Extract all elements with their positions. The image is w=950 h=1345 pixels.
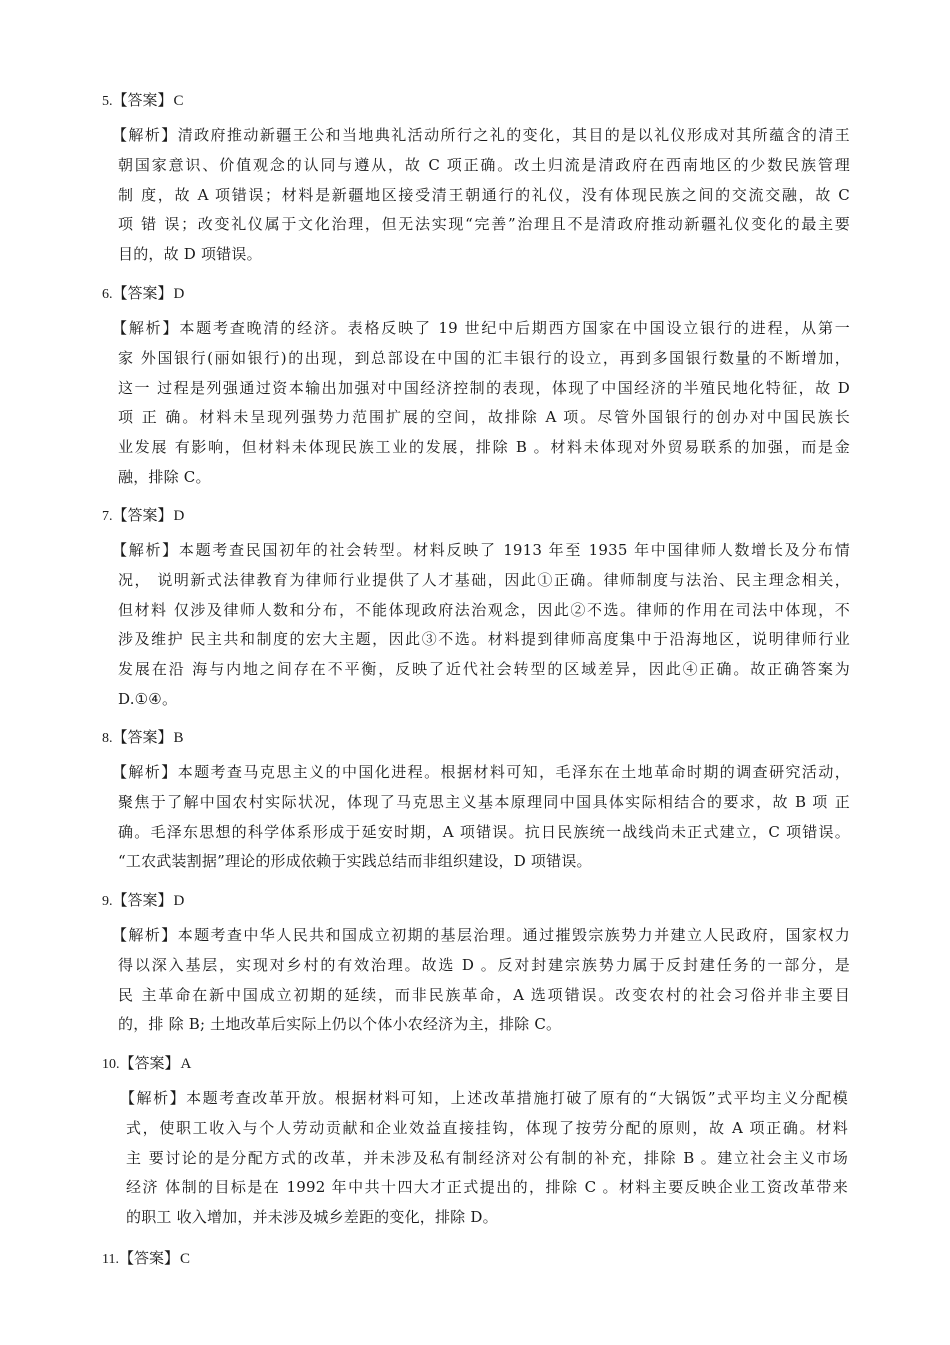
- answer-heading: 6.【答案】D: [102, 283, 852, 303]
- analysis-paragraph: 【解析】本题考查马克思主义的中国化进程。根据材料可知，毛泽东在土地革命时期的调查…: [102, 758, 850, 877]
- answer-value: D: [174, 508, 185, 524]
- question-number: 10.: [102, 1057, 120, 1072]
- answer-heading: 9.【答案】D: [102, 890, 852, 910]
- answer-item-10: 10.【答案】A 【解析】本题考查改革开放。根据材料可知，上述改革措施打破了原有…: [102, 1053, 852, 1233]
- answer-value: C: [174, 93, 184, 109]
- document-page: 5.【答案】C 【解析】清政府推动新疆王公和当地典礼活动所行之礼的变化，其目的是…: [0, 0, 950, 1345]
- analysis-paragraph: 【解析】本题考查民国初年的社会转型。材料反映了 1913 年至 1935 年中国…: [102, 536, 850, 715]
- answer-item-8: 8.【答案】B 【解析】本题考查马克思主义的中国化进程。根据材料可知，毛泽东在土…: [102, 727, 852, 877]
- analysis-line: 家 外国银行(丽如银行)的出现，到总部设在中国的汇丰银行的设立，再到多国银行数量…: [118, 344, 850, 374]
- answer-heading: 10.【答案】A: [102, 1053, 852, 1073]
- analysis-line: 【解析】本题考查改革开放。根据材料可知，上述改革措施打破了原有的“大锅饭”式平均…: [120, 1084, 848, 1114]
- question-number: 9.: [102, 894, 113, 909]
- analysis-line: 的职工 收入增加，并未涉及城乡差距的变化，排除 D。: [126, 1203, 848, 1233]
- answer-value: B: [174, 730, 184, 746]
- analysis-line: 【解析】本题考查民国初年的社会转型。材料反映了 1913 年至 1935 年中国…: [112, 536, 850, 566]
- answer-label: 【答案】: [113, 891, 173, 909]
- analysis-line: 这一 过程是列强通过资本输出加强对中国经济控制的表现，体现了中国经济的半殖民地化…: [118, 374, 850, 404]
- analysis-line: 主 要讨论的是分配方式的改革，并未涉及私有制经济对公有制的补充，排除 B 。建立…: [126, 1144, 848, 1174]
- analysis-line: 得以深入基层，实现对乡村的有效治理。故选 D 。反对封建宗族势力属于反封建任务的…: [118, 951, 850, 981]
- analysis-line: 涉及维护 民主共和制度的宏大主题，因此③不选。材料提到律师高度集中于沿海地区，说…: [118, 625, 850, 655]
- question-number: 6.: [102, 287, 113, 302]
- analysis-line: 目的，故 D 项错误。: [118, 240, 850, 270]
- answer-value: C: [180, 1251, 190, 1267]
- answer-item-7: 7.【答案】D 【解析】本题考查民国初年的社会转型。材料反映了 1913 年至 …: [102, 505, 852, 715]
- answer-value: A: [181, 1056, 192, 1072]
- answer-label: 【答案】: [113, 284, 173, 302]
- analysis-paragraph: 【解析】本题考查中华人民共和国成立初期的基层治理。通过摧毁宗族势力并建立人民政府…: [102, 921, 850, 1040]
- analysis-line: 确。毛泽东思想的科学体系形成于延安时期，A 项错误。抗日民族统一战线尚未正式建立…: [118, 818, 850, 848]
- answer-label: 【答案】: [119, 1249, 179, 1267]
- analysis-line: 项 错 误；改变礼仪属于文化治理，但无法实现“完善”治理且不是清政府推动新疆礼仪…: [118, 210, 850, 240]
- answer-label: 【答案】: [113, 91, 173, 109]
- analysis-line: 况， 说明新式法律教育为律师行业提供了人才基础，因此①正确。律师制度与法治、民主…: [118, 566, 850, 596]
- answer-value: D: [174, 286, 185, 302]
- analysis-paragraph: 【解析】清政府推动新疆王公和当地典礼活动所行之礼的变化，其目的是以礼仪形成对其所…: [102, 121, 850, 270]
- question-number: 7.: [102, 509, 113, 524]
- answer-heading: 8.【答案】B: [102, 727, 852, 747]
- answer-item-5: 5.【答案】C 【解析】清政府推动新疆王公和当地典礼活动所行之礼的变化，其目的是…: [102, 90, 852, 270]
- analysis-line: 但材料 仅涉及律师人数和分布，不能体现政府法治观念，因此②不选。律师的作用在司法…: [118, 596, 850, 626]
- answer-value: D: [174, 893, 185, 909]
- analysis-paragraph: 【解析】本题考查改革开放。根据材料可知，上述改革措施打破了原有的“大锅饭”式平均…: [102, 1084, 848, 1233]
- answer-heading: 7.【答案】D: [102, 505, 852, 525]
- analysis-line: 的，排 除 B; 土地改革后实际上仍以个体小农经济为主，排除 C。: [118, 1010, 850, 1040]
- answer-item-9: 9.【答案】D 【解析】本题考查中华人民共和国成立初期的基层治理。通过摧毁宗族势…: [102, 890, 852, 1040]
- answer-heading: 5.【答案】C: [102, 90, 852, 110]
- analysis-line: 聚焦于了解中国农村实际状况，体现了马克思主义基本原理同中国具体实际相结合的要求，…: [118, 788, 850, 818]
- analysis-line: 朝国家意识、价值观念的认同与遵从，故 C 项正确。改土归流是清政府在西南地区的少…: [118, 151, 850, 181]
- analysis-line: 融，排除 C。: [118, 463, 850, 493]
- answer-label: 【答案】: [113, 506, 173, 524]
- analysis-line: 【解析】清政府推动新疆王公和当地典礼活动所行之礼的变化，其目的是以礼仪形成对其所…: [112, 121, 850, 151]
- analysis-line: 制 度，故 A 项错误；材料是新疆地区接受清王朝通行的礼仪，没有体现民族之间的交…: [118, 181, 850, 211]
- analysis-line: 项 正 确。材料未呈现列强势力范围扩展的空间，故排除 A 项。尽管外国银行的创办…: [118, 403, 850, 433]
- analysis-line: 业发展 有影响，但材料未体现民族工业的发展，排除 B 。材料未体现对外贸易联系的…: [118, 433, 850, 463]
- analysis-line: “工农武装割据”理论的形成依赖于实践总结而非组织建设，D 项错误。: [118, 847, 850, 877]
- analysis-line: D.①④。: [118, 685, 850, 715]
- analysis-paragraph: 【解析】本题考查晚清的经济。表格反映了 19 世纪中后期西方国家在中国设立银行的…: [102, 314, 850, 493]
- question-number: 5.: [102, 94, 113, 109]
- analysis-line: 经济 体制的目标是在 1992 年中共十四大才正式提出的，排除 C 。材料主要反…: [126, 1173, 848, 1203]
- answer-item-11: 11.【答案】C: [102, 1248, 852, 1268]
- analysis-line: 发展在沿 海与内地之间存在不平衡，反映了近代社会转型的区域差异，因此④正确。故正…: [118, 655, 850, 685]
- analysis-line: 民 主革命在新中国成立初期的延续，而非民族革命，A 选项错误。改变农村的社会习俗…: [118, 981, 850, 1011]
- answer-heading: 11.【答案】C: [102, 1248, 852, 1268]
- question-number: 11.: [102, 1252, 119, 1267]
- analysis-line: 【解析】本题考查马克思主义的中国化进程。根据材料可知，毛泽东在土地革命时期的调查…: [112, 758, 850, 788]
- analysis-line: 【解析】本题考查晚清的经济。表格反映了 19 世纪中后期西方国家在中国设立银行的…: [112, 314, 850, 344]
- analysis-line: 【解析】本题考查中华人民共和国成立初期的基层治理。通过摧毁宗族势力并建立人民政府…: [112, 921, 850, 951]
- analysis-line: 式，使职工收入与个人劳动贡献和企业效益直接挂钩，体现了按劳分配的原则，故 A 项…: [126, 1114, 848, 1144]
- answer-label: 【答案】: [120, 1054, 180, 1072]
- answer-label: 【答案】: [113, 728, 173, 746]
- answer-item-6: 6.【答案】D 【解析】本题考查晚清的经济。表格反映了 19 世纪中后期西方国家…: [102, 283, 852, 493]
- question-number: 8.: [102, 731, 113, 746]
